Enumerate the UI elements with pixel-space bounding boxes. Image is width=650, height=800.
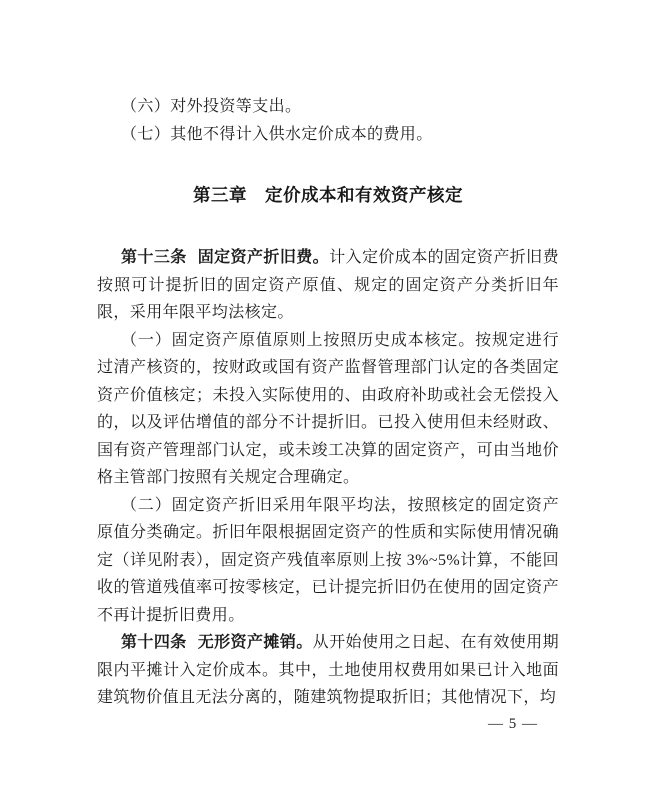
page-number: — 5 — bbox=[488, 716, 538, 733]
article-14-term: 无形资产摊销。 bbox=[198, 634, 313, 651]
article-14-paragraph: 第十四条无形资产摊销。从开始使用之日起、在有效使用期限内平摊计入定价成本。其中，… bbox=[97, 629, 559, 712]
document-body: （六）对外投资等支出。 （七）其他不得计入供水定价成本的费用。 第三章 定价成本… bbox=[97, 93, 559, 712]
chapter-heading: 第三章 定价成本和有效资产核定 bbox=[97, 180, 559, 210]
list-item-seven: （七）其他不得计入供水定价成本的费用。 bbox=[97, 121, 559, 149]
document-page: （六）对外投资等支出。 （七）其他不得计入供水定价成本的费用。 第三章 定价成本… bbox=[0, 0, 650, 800]
article-13-term: 固定资产折旧费。 bbox=[198, 249, 329, 266]
article-13-number: 第十三条 bbox=[121, 249, 187, 266]
list-item-six: （六）对外投资等支出。 bbox=[97, 93, 559, 121]
article-13-item-2: （二）固定资产折旧采用年限平均法，按照核定的固定资产原值分类确定。折旧年限根据固… bbox=[97, 492, 559, 630]
article-13-item-1: （一）固定资产原值原则上按照历史成本核定。按规定进行过清产核资的，按财政或国有资… bbox=[97, 327, 559, 492]
article-13-paragraph: 第十三条固定资产折旧费。计入定价成本的固定资产折旧费按照可计提折旧的固定资产原值… bbox=[97, 244, 559, 327]
article-14-number: 第十四条 bbox=[121, 634, 187, 651]
